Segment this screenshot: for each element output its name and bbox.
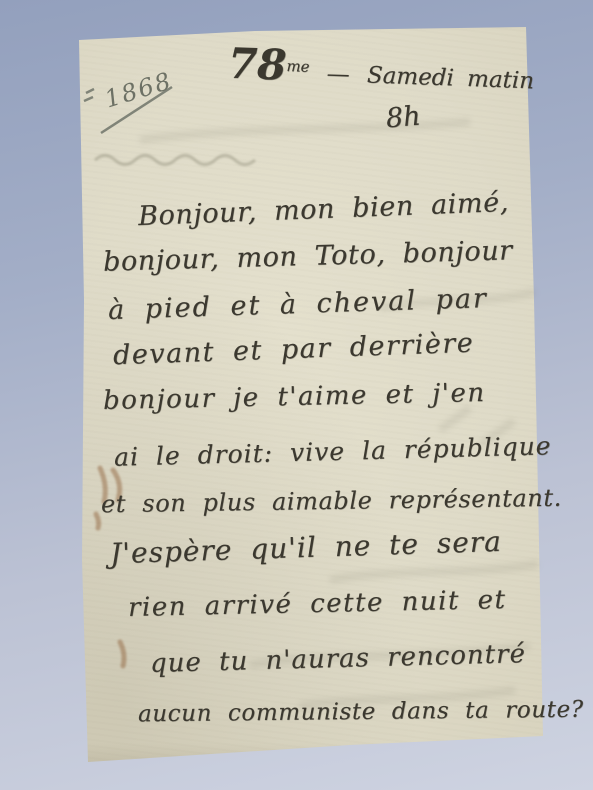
folio-number: 78 — [227, 39, 287, 90]
letter-photograph: 1868 78me — Samedi matin 8h Bonjour, mon… — [0, 0, 593, 790]
dateline-day: Samedi matin — [366, 63, 534, 95]
dateline-separator: — — [322, 61, 354, 88]
letter-hour: 8h — [385, 101, 422, 135]
letter-line: aucun communiste dans ta route? — [138, 697, 584, 728]
folio-suffix: me — [286, 57, 310, 76]
